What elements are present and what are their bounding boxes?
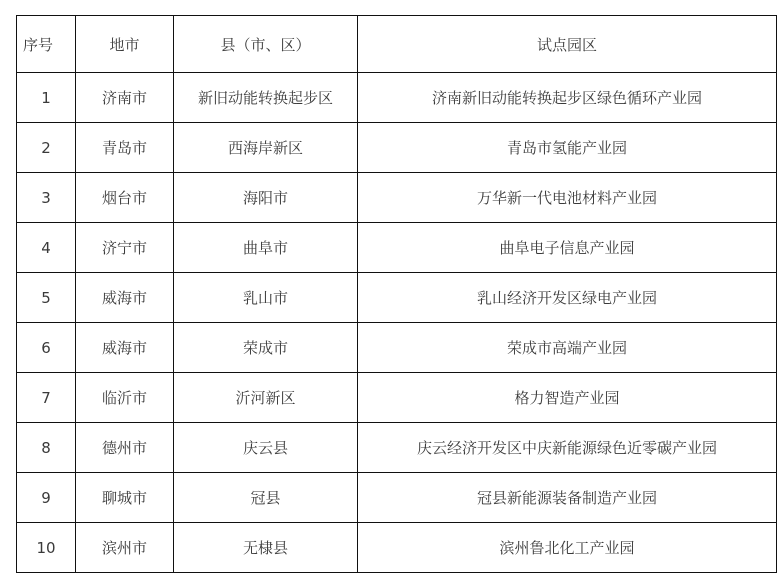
cell-county: 西海岸新区: [174, 123, 358, 173]
cell-park: 庆云经济开发区中庆新能源绿色近零碳产业园: [358, 423, 777, 473]
cell-index: 4: [17, 223, 76, 273]
table-row: 4济宁市曲阜市曲阜电子信息产业园: [17, 223, 777, 273]
header-city: 地市: [76, 16, 174, 73]
header-row: 序号 地市 县（市、区） 试点园区: [17, 16, 777, 73]
cell-index: 8: [17, 423, 76, 473]
cell-county: 冠县: [174, 473, 358, 523]
cell-index: 3: [17, 173, 76, 223]
cell-city: 烟台市: [76, 173, 174, 223]
cell-city: 威海市: [76, 273, 174, 323]
cell-city: 济宁市: [76, 223, 174, 273]
cell-index: 2: [17, 123, 76, 173]
table-row: 1济南市新旧动能转换起步区济南新旧动能转换起步区绿色循环产业园: [17, 73, 777, 123]
cell-park: 冠县新能源装备制造产业园: [358, 473, 777, 523]
cell-county: 沂河新区: [174, 373, 358, 423]
table-row: 6威海市荣成市荣成市高端产业园: [17, 323, 777, 373]
cell-city: 济南市: [76, 73, 174, 123]
cell-city: 青岛市: [76, 123, 174, 173]
cell-county: 乳山市: [174, 273, 358, 323]
cell-park: 荣成市高端产业园: [358, 323, 777, 373]
table-row: 7临沂市沂河新区格力智造产业园: [17, 373, 777, 423]
cell-index: 1: [17, 73, 76, 123]
cell-county: 海阳市: [174, 173, 358, 223]
cell-city: 威海市: [76, 323, 174, 373]
cell-park: 万华新一代电池材料产业园: [358, 173, 777, 223]
cell-county: 无棣县: [174, 523, 358, 573]
table-row: 2青岛市西海岸新区青岛市氢能产业园: [17, 123, 777, 173]
cell-city: 滨州市: [76, 523, 174, 573]
cell-park: 滨州鲁北化工产业园: [358, 523, 777, 573]
cell-index: 9: [17, 473, 76, 523]
cell-city: 临沂市: [76, 373, 174, 423]
cell-city: 聊城市: [76, 473, 174, 523]
cell-park: 青岛市氢能产业园: [358, 123, 777, 173]
cell-index: 10: [17, 523, 76, 573]
cell-index: 5: [17, 273, 76, 323]
table-row: 8德州市庆云县庆云经济开发区中庆新能源绿色近零碳产业园: [17, 423, 777, 473]
pilot-parks-table: 序号 地市 县（市、区） 试点园区 1济南市新旧动能转换起步区济南新旧动能转换起…: [16, 15, 777, 573]
table-row: 5威海市乳山市乳山经济开发区绿电产业园: [17, 273, 777, 323]
cell-county: 庆云县: [174, 423, 358, 473]
cell-index: 6: [17, 323, 76, 373]
cell-city: 德州市: [76, 423, 174, 473]
cell-county: 曲阜市: [174, 223, 358, 273]
cell-index: 7: [17, 373, 76, 423]
cell-park: 济南新旧动能转换起步区绿色循环产业园: [358, 73, 777, 123]
cell-county: 新旧动能转换起步区: [174, 73, 358, 123]
cell-park: 曲阜电子信息产业园: [358, 223, 777, 273]
table-row: 3烟台市海阳市万华新一代电池材料产业园: [17, 173, 777, 223]
header-park: 试点园区: [358, 16, 777, 73]
header-index: 序号: [17, 16, 76, 73]
table-row: 10滨州市无棣县滨州鲁北化工产业园: [17, 523, 777, 573]
cell-park: 乳山经济开发区绿电产业园: [358, 273, 777, 323]
header-county: 县（市、区）: [174, 16, 358, 73]
cell-county: 荣成市: [174, 323, 358, 373]
cell-park: 格力智造产业园: [358, 373, 777, 423]
table-row: 9聊城市冠县冠县新能源装备制造产业园: [17, 473, 777, 523]
